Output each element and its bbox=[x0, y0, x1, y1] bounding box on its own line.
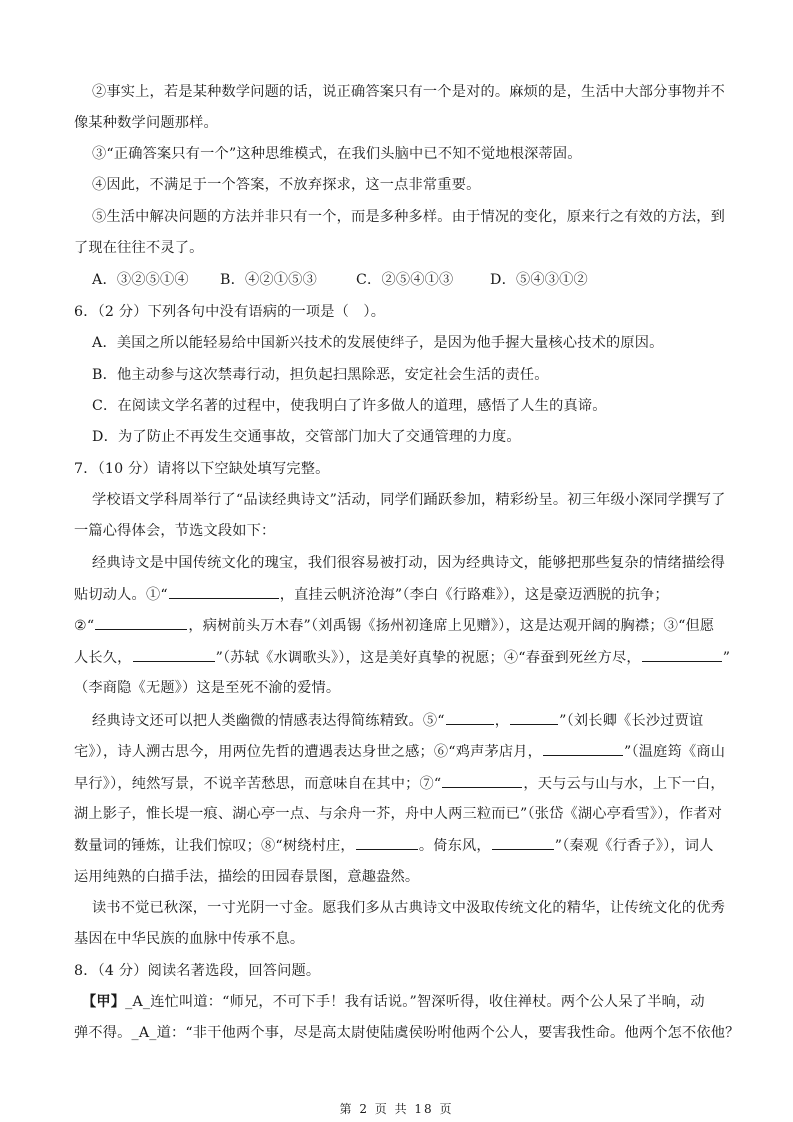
sentence-2-line2: 像某种数学问题那样。 bbox=[74, 113, 724, 133]
q6-option-d[interactable]: D．为了防止不再发生交通事故，交管部门加大了交通管理的力度。 bbox=[92, 427, 742, 447]
blank-2[interactable] bbox=[95, 615, 187, 630]
blank-6[interactable] bbox=[543, 741, 623, 756]
q8-jia-line2: 弹不得。_A_道：“非干他两个事，尽是高太尉使陆虞侯吩咐他两个公人，要害我性命。… bbox=[74, 1023, 724, 1043]
q7-intro-line1: 学校语文学科周举行了“品读经典诗文”活动，同学们踊跃参加，精彩纷呈。初三年级小深… bbox=[92, 490, 742, 510]
page-footer: 第 2 页 共 18 页 bbox=[0, 1100, 793, 1117]
q7-p1-line5: （李商隐《无题》）这是至死不渝的爱情。 bbox=[74, 678, 724, 698]
q7-p2-line5: 数量词的锤炼，让我们惊叹；⑧“树绕村庄，。倚东风，”（秦观《行香子》），词人 bbox=[74, 835, 724, 856]
q5-option-b[interactable]: B．④②①⑤③ bbox=[220, 270, 356, 290]
sentence-5-line2: 了现在往往不灵了。 bbox=[74, 238, 724, 258]
blank-3[interactable] bbox=[133, 647, 215, 662]
q8-stem: 8．（4 分）阅读名著选段，回答问题。 bbox=[74, 961, 724, 981]
blank-8a[interactable] bbox=[356, 835, 418, 850]
blank-1[interactable] bbox=[169, 584, 279, 599]
q7-p1-line4: 人长久，”（苏轼《水调歌头》），这是美好真挚的祝愿；④“春蚕到死丝方尽，” bbox=[74, 647, 724, 668]
q7-stem: 7．（10 分）请将以下空缺处填写完整。 bbox=[74, 459, 724, 479]
sentence-3: ③“正确答案只有一个”这种思维模式，在我们头脑中已不知不觉地根深蒂固。 bbox=[92, 144, 742, 164]
q7-p1-line1: 经典诗文是中国传统文化的瑰宝，我们很容易被打动，因为经典诗文，能够把那些复杂的情… bbox=[92, 553, 742, 573]
q7-p2-line6: 运用纯熟的白描手法，描绘的田园春景图，意趣盎然。 bbox=[74, 867, 724, 887]
q7-p2-line2: 宅》），诗人溯古思今，用两位先哲的遭遇表达身世之感；⑥“鸡声茅店月，”（温庭筠《… bbox=[74, 741, 724, 762]
q5-option-a[interactable]: A．③②⑤①④ bbox=[92, 270, 220, 290]
jia-label: 【甲】 bbox=[82, 994, 125, 1010]
q6-stem: 6．（2 分）下列各句中没有语病的一项是（ ）。 bbox=[74, 302, 724, 322]
q7-p1-line3: ②“，病树前头万木春”（刘禹锡《扬州初逢席上见赠》），这是达观开阔的胸襟；③“但… bbox=[74, 615, 724, 636]
q7-p2-line3: 早行》），纯然写景，不说辛苦愁思，而意味自在其中；⑦“，天与云与山与水，上下一白… bbox=[74, 773, 724, 794]
blank-4[interactable] bbox=[642, 647, 722, 662]
q7-p2-line1: 经典诗文还可以把人类幽微的情感表达得简练精致。⑤“，”（刘长卿《长沙过贾谊 bbox=[92, 710, 742, 731]
q7-p2-line4: 湖上影子，惟长堤一痕、湖心亭一点、与余舟一芥，舟中人两三粒而已”（张岱《湖心亭看… bbox=[74, 804, 724, 824]
q6-option-c[interactable]: C．在阅读文学名著的过程中，使我明白了许多做人的道理，感悟了人生的真谛。 bbox=[92, 396, 742, 416]
sentence-5-line1: ⑤生活中解决问题的方法并非只有一个，而是多种多样。由于情况的变化，原来行之有效的… bbox=[92, 207, 742, 227]
q6-option-b[interactable]: B．他主动参与这次禁毒行动，担负起扫黑除恶，安定社会生活的责任。 bbox=[92, 365, 742, 385]
q6-option-a[interactable]: A．美国之所以能轻易给中国新兴技术的发展使绊子，是因为他手握大量核心技术的原因。 bbox=[92, 333, 742, 353]
sentence-4: ④因此，不满足于一个答案，不放弃探求，这一点非常重要。 bbox=[92, 175, 742, 195]
q7-p3-line2: 基因在中华民族的血脉中传承不息。 bbox=[74, 929, 724, 949]
q7-p1-line2: 贴切动人。①“，直挂云帆济沧海”（李白《行路难》），这是豪迈洒脱的抗争； bbox=[74, 584, 724, 605]
q7-p3-line1: 读书不觉已秋深，一寸光阴一寸金。愿我们多从古典诗文中汲取传统文化的精华，让传统文… bbox=[92, 898, 742, 918]
sentence-2-line1: ②事实上，若是某种数学问题的话，说正确答案只有一个是对的。麻烦的是，生活中大部分… bbox=[92, 82, 742, 102]
q5-options: A．③②⑤①④B．④②①⑤③C．②⑤④①③D．⑤④③①② bbox=[92, 270, 742, 290]
blank-5b[interactable] bbox=[510, 710, 558, 725]
blank-7[interactable] bbox=[442, 773, 522, 788]
blank-8b[interactable] bbox=[492, 835, 554, 850]
q8-jia-line1: 【甲】_A_连忙叫道：“师兄，不可下手！我有话说。”智深听得，收住禅杖。两个公人… bbox=[82, 992, 732, 1012]
q7-intro-line2: 一篇心得体会，节选文段如下： bbox=[74, 521, 724, 541]
exam-page: ②事实上，若是某种数学问题的话，说正确答案只有一个是对的。麻烦的是，生活中大部分… bbox=[0, 0, 793, 1122]
q5-option-d[interactable]: D．⑤④③①② bbox=[490, 270, 588, 290]
q5-option-c[interactable]: C．②⑤④①③ bbox=[356, 270, 490, 290]
blank-5a[interactable] bbox=[446, 710, 494, 725]
